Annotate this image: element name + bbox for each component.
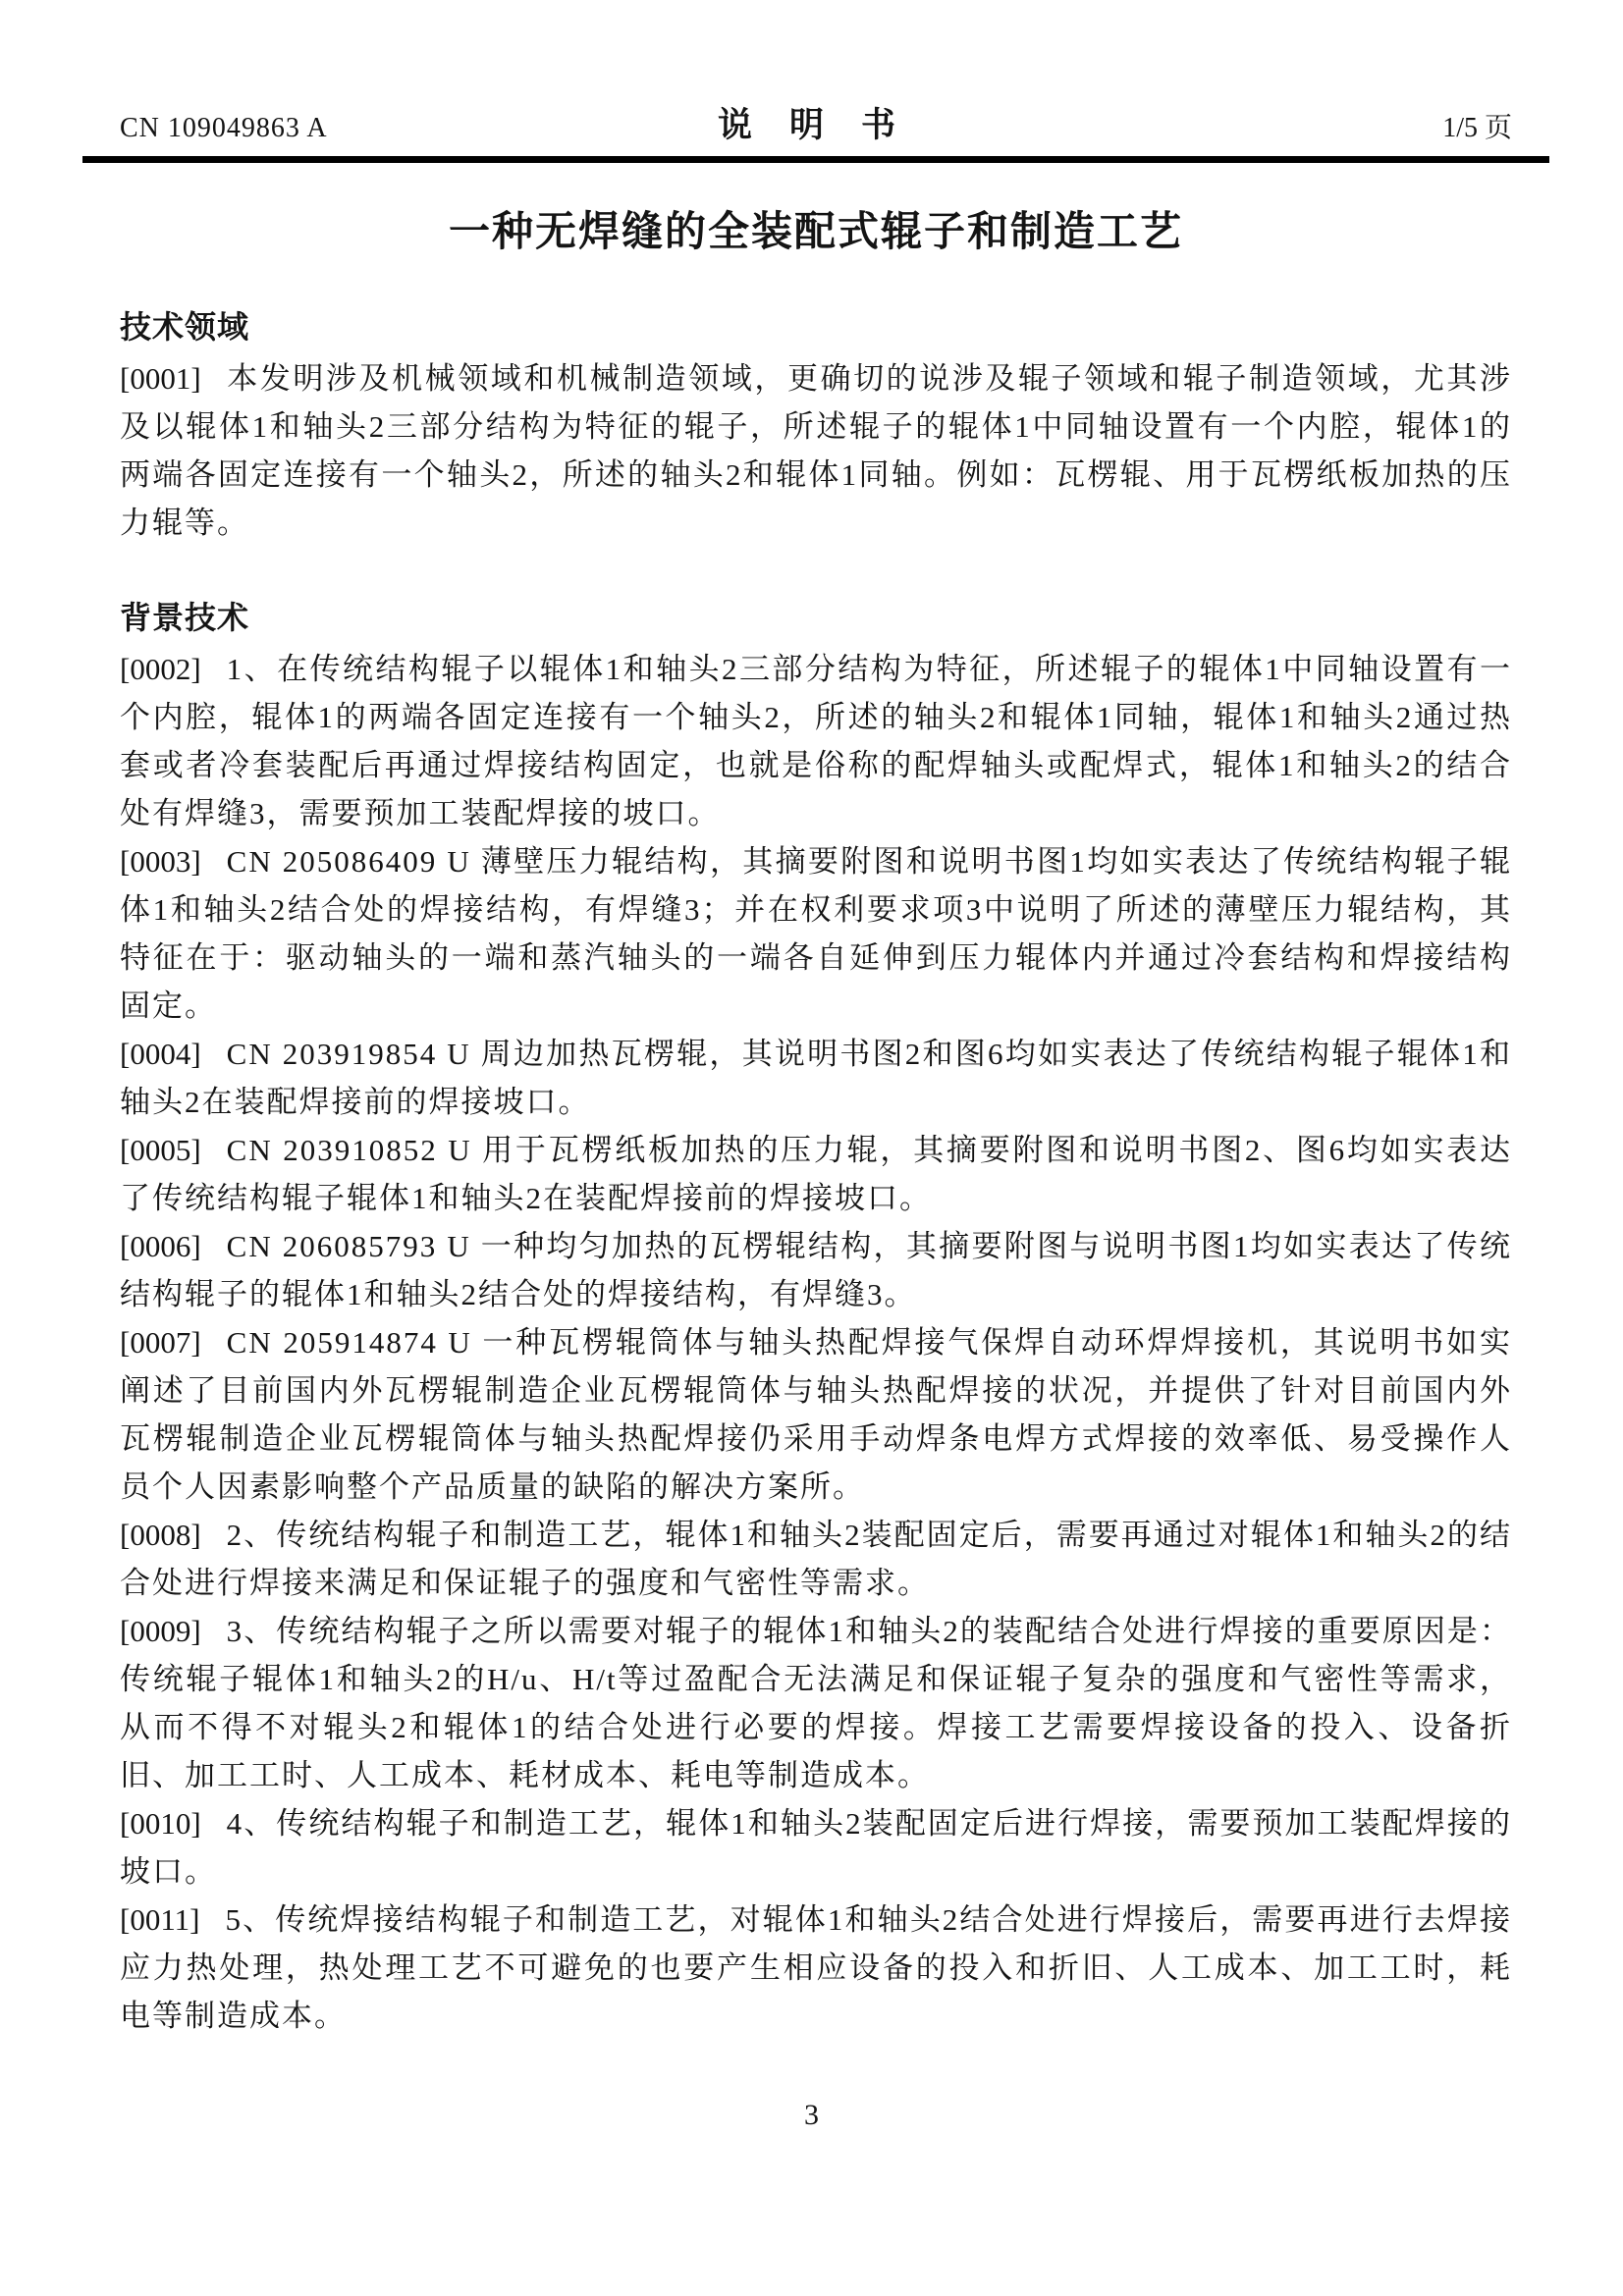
paragraph-number: [0011] [120,1902,226,1937]
paragraph-text: CN 205086409 U 薄壁压力辊结构，其摘要附图和说明书图1均如实表达了… [120,844,1512,1023]
paragraph-text: 4、传统结构辊子和制造工艺，辊体1和轴头2装配固定后进行焊接，需要预加工装配焊接… [120,1806,1512,1889]
paragraph-0002: [0002]1、在传统结构辊子以辊体1和轴头2三部分结构为特征，所述辊子的辊体1… [120,645,1512,837]
paragraph-text: CN 206085793 U 一种均匀加热的瓦楞辊结构，其摘要附图与说明书图1均… [120,1229,1512,1311]
paragraph-0011: [0011]5、传统焊接结构辊子和制造工艺，对辊体1和轴头2结合处进行焊接后，需… [120,1896,1512,2040]
paragraph-text: 5、传统焊接结构辊子和制造工艺，对辊体1和轴头2结合处进行焊接后，需要再进行去焊… [120,1902,1512,2033]
paragraph-text: 2、传统结构辊子和制造工艺，辊体1和轴头2装配固定后，需要再通过对辊体1和轴头2… [120,1518,1512,1600]
paragraph-number: [0005] [120,1133,227,1167]
section-heading-technical-field: 技术领域 [120,307,1512,347]
paragraph-0008: [0008]2、传统结构辊子和制造工艺，辊体1和轴头2装配固定后，需要再通过对辊… [120,1511,1512,1607]
paragraph-0006: [0006]CN 206085793 U 一种均匀加热的瓦楞辊结构，其摘要附图与… [120,1222,1512,1318]
paragraph-0009: [0009]3、传统结构辊子之所以需要对辊子的辊体1和轴头2的装配结合处进行焊接… [120,1607,1512,1799]
paragraph-text: CN 203910852 U 用于瓦楞纸板加热的压力辊，其摘要附图和说明书图2、… [120,1133,1512,1215]
paragraph-number: [0008] [120,1518,227,1552]
paragraph-number: [0002] [120,652,227,686]
paragraph-0007: [0007]CN 205914874 U 一种瓦楞辊筒体与轴头热配焊接气保焊自动… [120,1318,1512,1511]
paragraph-text: 1、在传统结构辊子以辊体1和轴头2三部分结构为特征，所述辊子的辊体1中同轴设置有… [120,652,1512,830]
page-header: CN 109049863 A 说明书 1/5 页 [120,98,1512,147]
paragraph-text: CN 205914874 U 一种瓦楞辊筒体与轴头热配焊接气保焊自动环焊焊接机，… [120,1325,1512,1504]
paragraph-number: [0004] [120,1037,227,1071]
page-number: 3 [0,2099,1623,2132]
paragraph-0003: [0003]CN 205086409 U 薄壁压力辊结构，其摘要附图和说明书图1… [120,837,1512,1030]
paragraph-0001: [0001]本发明涉及机械领域和机械制造领域，更确切的说涉及辊子领域和辊子制造领… [120,354,1512,547]
paragraph-0004: [0004]CN 203919854 U 周边加热瓦楞辊，其说明书图2和图6均如… [120,1030,1512,1126]
paragraph-number: [0009] [120,1614,227,1648]
publication-number: CN 109049863 A [120,113,328,144]
paragraph-number: [0010] [120,1806,227,1841]
patent-specification-page: CN 109049863 A 说明书 1/5 页 一种无焊缝的全装配式辊子和制造… [0,0,1623,2296]
paragraph-number: [0006] [120,1229,227,1263]
paragraph-0010: [0010]4、传统结构辊子和制造工艺，辊体1和轴头2装配固定后进行焊接，需要预… [120,1799,1512,1896]
paragraph-text: 3、传统结构辊子之所以需要对辊子的辊体1和轴头2的装配结合处进行焊接的重要原因是… [120,1614,1512,1792]
paragraph-text: 本发明涉及机械领域和机械制造领域，更确切的说涉及辊子领域和辊子制造领域，尤其涉及… [120,361,1512,540]
page-indicator: 1/5 页 [1442,106,1512,145]
paragraph-number: [0001] [120,361,227,396]
section-heading-background-art: 背景技术 [120,598,1512,637]
document-type-title: 说明书 [699,98,933,147]
invention-title: 一种无焊缝的全装配式辊子和制造工艺 [120,207,1512,256]
paragraph-text: CN 203919854 U 周边加热瓦楞辊，其说明书图2和图6均如实表达了传统… [120,1037,1512,1119]
header-rule [82,156,1549,163]
paragraph-number: [0003] [120,844,227,879]
paragraph-number: [0007] [120,1325,227,1360]
paragraph-0005: [0005]CN 203910852 U 用于瓦楞纸板加热的压力辊，其摘要附图和… [120,1126,1512,1222]
